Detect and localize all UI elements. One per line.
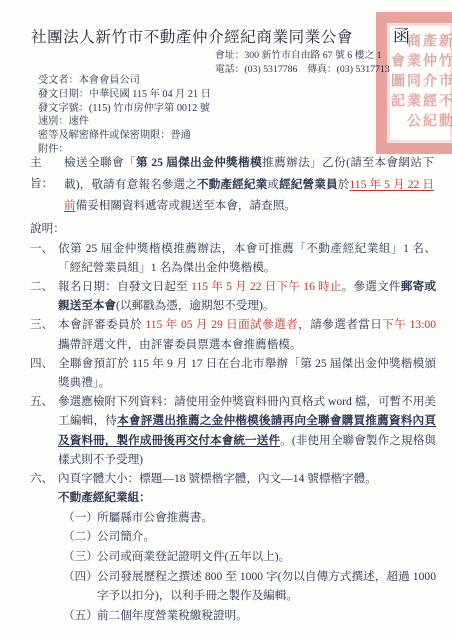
subitem-number: （五） (63, 606, 97, 626)
item-text: 本會評審委員於 115 年 05 月 29 日面試參選者，請參選者當日下午 13… (58, 315, 436, 353)
text-segment: 備妥相關資料遞寄或親送至本會，請查照。 (76, 199, 296, 212)
explanation-item: 五、 參選應檢附下列資料：請使用金仲獎資料冊內頁格式 word 檔，可暫不用美工… (30, 392, 436, 469)
phone-fax-line: 電話：(03) 5317786 傳真：(03) 5317713 (215, 63, 390, 77)
item-text: 全聯會預訂於 115 年 9 月 17 日在台北市舉辦「第 25 屆傑出金仲獎楷… (58, 354, 436, 392)
subject-paragraph: 主旨： 檢送全聯會「第 25 屆傑出金仲獎楷模推薦辦法」乙份(請至本會網站下載)… (30, 152, 434, 217)
item-text: 參選應檢附下列資料：請使用金仲獎資料冊內頁格式 word 檔，可暫不用美工編輯，… (58, 392, 436, 469)
item-number: 一、 (30, 239, 58, 277)
org-name: 社團法人新竹市不動產仲介經紀商業同業公會 (31, 29, 353, 46)
text-segment: 或 (267, 178, 279, 191)
subject-text: 檢送全聯會「第 25 屆傑出金仲獎楷模推薦辦法」乙份(請至本會網站下載)，敬請有… (64, 152, 434, 217)
text-segment: 經紀營業員 (279, 178, 338, 191)
subitem-text: 所屬縣市公會推薦書。 (97, 508, 436, 528)
item-text: 內頁字體大小：標題—18 號標楷字體，內文—14 號標楷字體。 (58, 469, 436, 488)
text-segment: 報名日期：自發文日起至 (58, 280, 191, 293)
doc-number-line: 發文字號：(115) 竹市房仲字第 0012 號 (38, 102, 211, 116)
item-text: 報名日期：自發文日起至 115 年 5 月 22 日下午 16 時止。參選文件郵… (58, 277, 436, 315)
address-line: 會址：300 新竹市自由路 67 號 6 樓之 1 (215, 49, 390, 63)
subject-label: 主旨： (30, 152, 64, 217)
sublist-items: （一） 所屬縣市公會推薦書。 （二） 公司簡介。 （三） 公司或商業登記證明文件… (0, 508, 452, 626)
explanation-label: 說明： (30, 219, 452, 239)
sublist-header: 不動產經紀業組： (58, 488, 452, 508)
issue-date-line: 發文日期：中華民國 115 年 04 月 21 日 (38, 88, 211, 102)
text-segment: 於 (338, 178, 350, 191)
explanation-item: 二、 報名日期：自發文日起至 115 年 5 月 22 日下午 16 時止。參選… (30, 277, 436, 315)
item-text: 依第 25 屆金仲獎楷模推薦辦法，本會可推薦「不動產經紀業組」1 名、「經紀營業… (58, 239, 436, 277)
text-segment: 下午 13:00 (382, 318, 436, 331)
text-segment: 115 年 5 月 22 日下午 16 時止 (191, 280, 342, 293)
text-segment: 不動產經紀業 (197, 178, 267, 191)
sublist-item: （三） 公司或商業登記證明文件(五年以上)。 (63, 547, 436, 567)
subitem-number: （二） (63, 527, 97, 547)
sublist-item: （一） 所屬縣市公會推薦書。 (63, 508, 436, 528)
explanation-items: 一、 依第 25 屆金仲獎楷模推薦辦法，本會可推薦「不動產經紀業組」1 名、「經… (0, 239, 452, 489)
subitem-number: （三） (63, 547, 97, 567)
text-segment: ，請參選者當日 (298, 318, 382, 331)
subitem-text: 公司或商業登記證明文件(五年以上)。 (97, 547, 436, 567)
subitem-text: 公司簡介。 (97, 527, 436, 547)
meta-block: 受文者：本會會員公司 發文日期：中華民國 115 年 04 月 21 日 發文字… (38, 74, 211, 157)
contact-block: 會址：300 新竹市自由路 67 號 6 樓之 1 電話：(03) 531778… (215, 49, 390, 76)
text-segment: 全聯會預訂於 115 年 9 月 17 日在台北市舉辦「第 25 屆傑出金仲獎楷… (58, 357, 436, 389)
text-segment: 第 25 屆傑出金仲獎楷模 (136, 156, 262, 169)
item-number: 五、 (30, 392, 58, 469)
subitem-text: 前二個年度營業稅繳稅證明。 (97, 606, 436, 626)
explanation-item: 三、 本會評審委員於 115 年 05 月 29 日面試參選者，請參選者當日下午… (30, 315, 436, 353)
letter-title-row: 社團法人新竹市不動產仲介經紀商業同業公會函 (31, 22, 410, 47)
text-segment: (以郵戳為憑，逾期恕不受理)。 (116, 299, 274, 312)
item-number: 四、 (30, 354, 58, 392)
text-segment: 。參選文件 (342, 280, 401, 293)
text-segment: 依第 25 屆金仲獎楷模推薦辦法，本會可推薦「不動產經紀業組」1 名、「經紀營業… (58, 242, 436, 274)
item-number: 六、 (30, 469, 58, 488)
subitem-number: （四） (63, 567, 97, 606)
sublist-item: （二） 公司簡介。 (63, 527, 436, 547)
official-letter-page: 社團法人新竹市不動產仲介經紀商業同業公會函 會址：300 新竹市自由路 67 號… (0, 0, 452, 640)
text-segment: 內頁字體大小：標題—18 號標楷字體，內文—14 號標楷字體。 (58, 472, 377, 485)
letter-body: 主旨： 檢送全聯會「第 25 屆傑出金仲獎楷模推薦辦法」乙份(請至本會網站下載)… (0, 152, 452, 625)
text-segment: 115 年 05 月 29 日面試參選者 (145, 318, 298, 331)
text-segment: 本會評審委員於 (58, 318, 145, 331)
explanation-item: 四、 全聯會預訂於 115 年 9 月 17 日在台北市舉辦「第 25 屆傑出金… (30, 354, 436, 392)
doc-type-label: 函 (393, 27, 410, 46)
sublist-item: （四） 公司發展歷程之撰述 800 至 1000 字(勿以自傳方式撰述，超過 1… (63, 567, 436, 606)
item-number: 三、 (30, 315, 58, 353)
text-segment: 檢送全聯會「 (64, 156, 136, 169)
speed-line: 速別：速件 (38, 115, 211, 129)
security-line: 密等及解密條件或保密期限：普通 (38, 129, 211, 143)
item-number: 二、 (30, 277, 58, 315)
explanation-item: 一、 依第 25 屆金仲獎楷模推薦辦法，本會可推薦「不動產經紀業組」1 名、「經… (30, 239, 436, 277)
subitem-number: （一） (63, 508, 97, 528)
recipient-line: 受文者：本會會員公司 (38, 74, 211, 88)
sublist-item: （五） 前二個年度營業稅繳稅證明。 (63, 606, 436, 626)
text-segment: 攜帶評選文件，由評審委員票選本會推薦楷模。 (58, 338, 301, 351)
subitem-text: 公司發展歷程之撰述 800 至 1000 字(勿以自傳方式撰述，超過 1000 … (97, 567, 436, 606)
explanation-item: 六、 內頁字體大小：標題—18 號標楷字體，內文—14 號標楷字體。 (30, 469, 436, 488)
